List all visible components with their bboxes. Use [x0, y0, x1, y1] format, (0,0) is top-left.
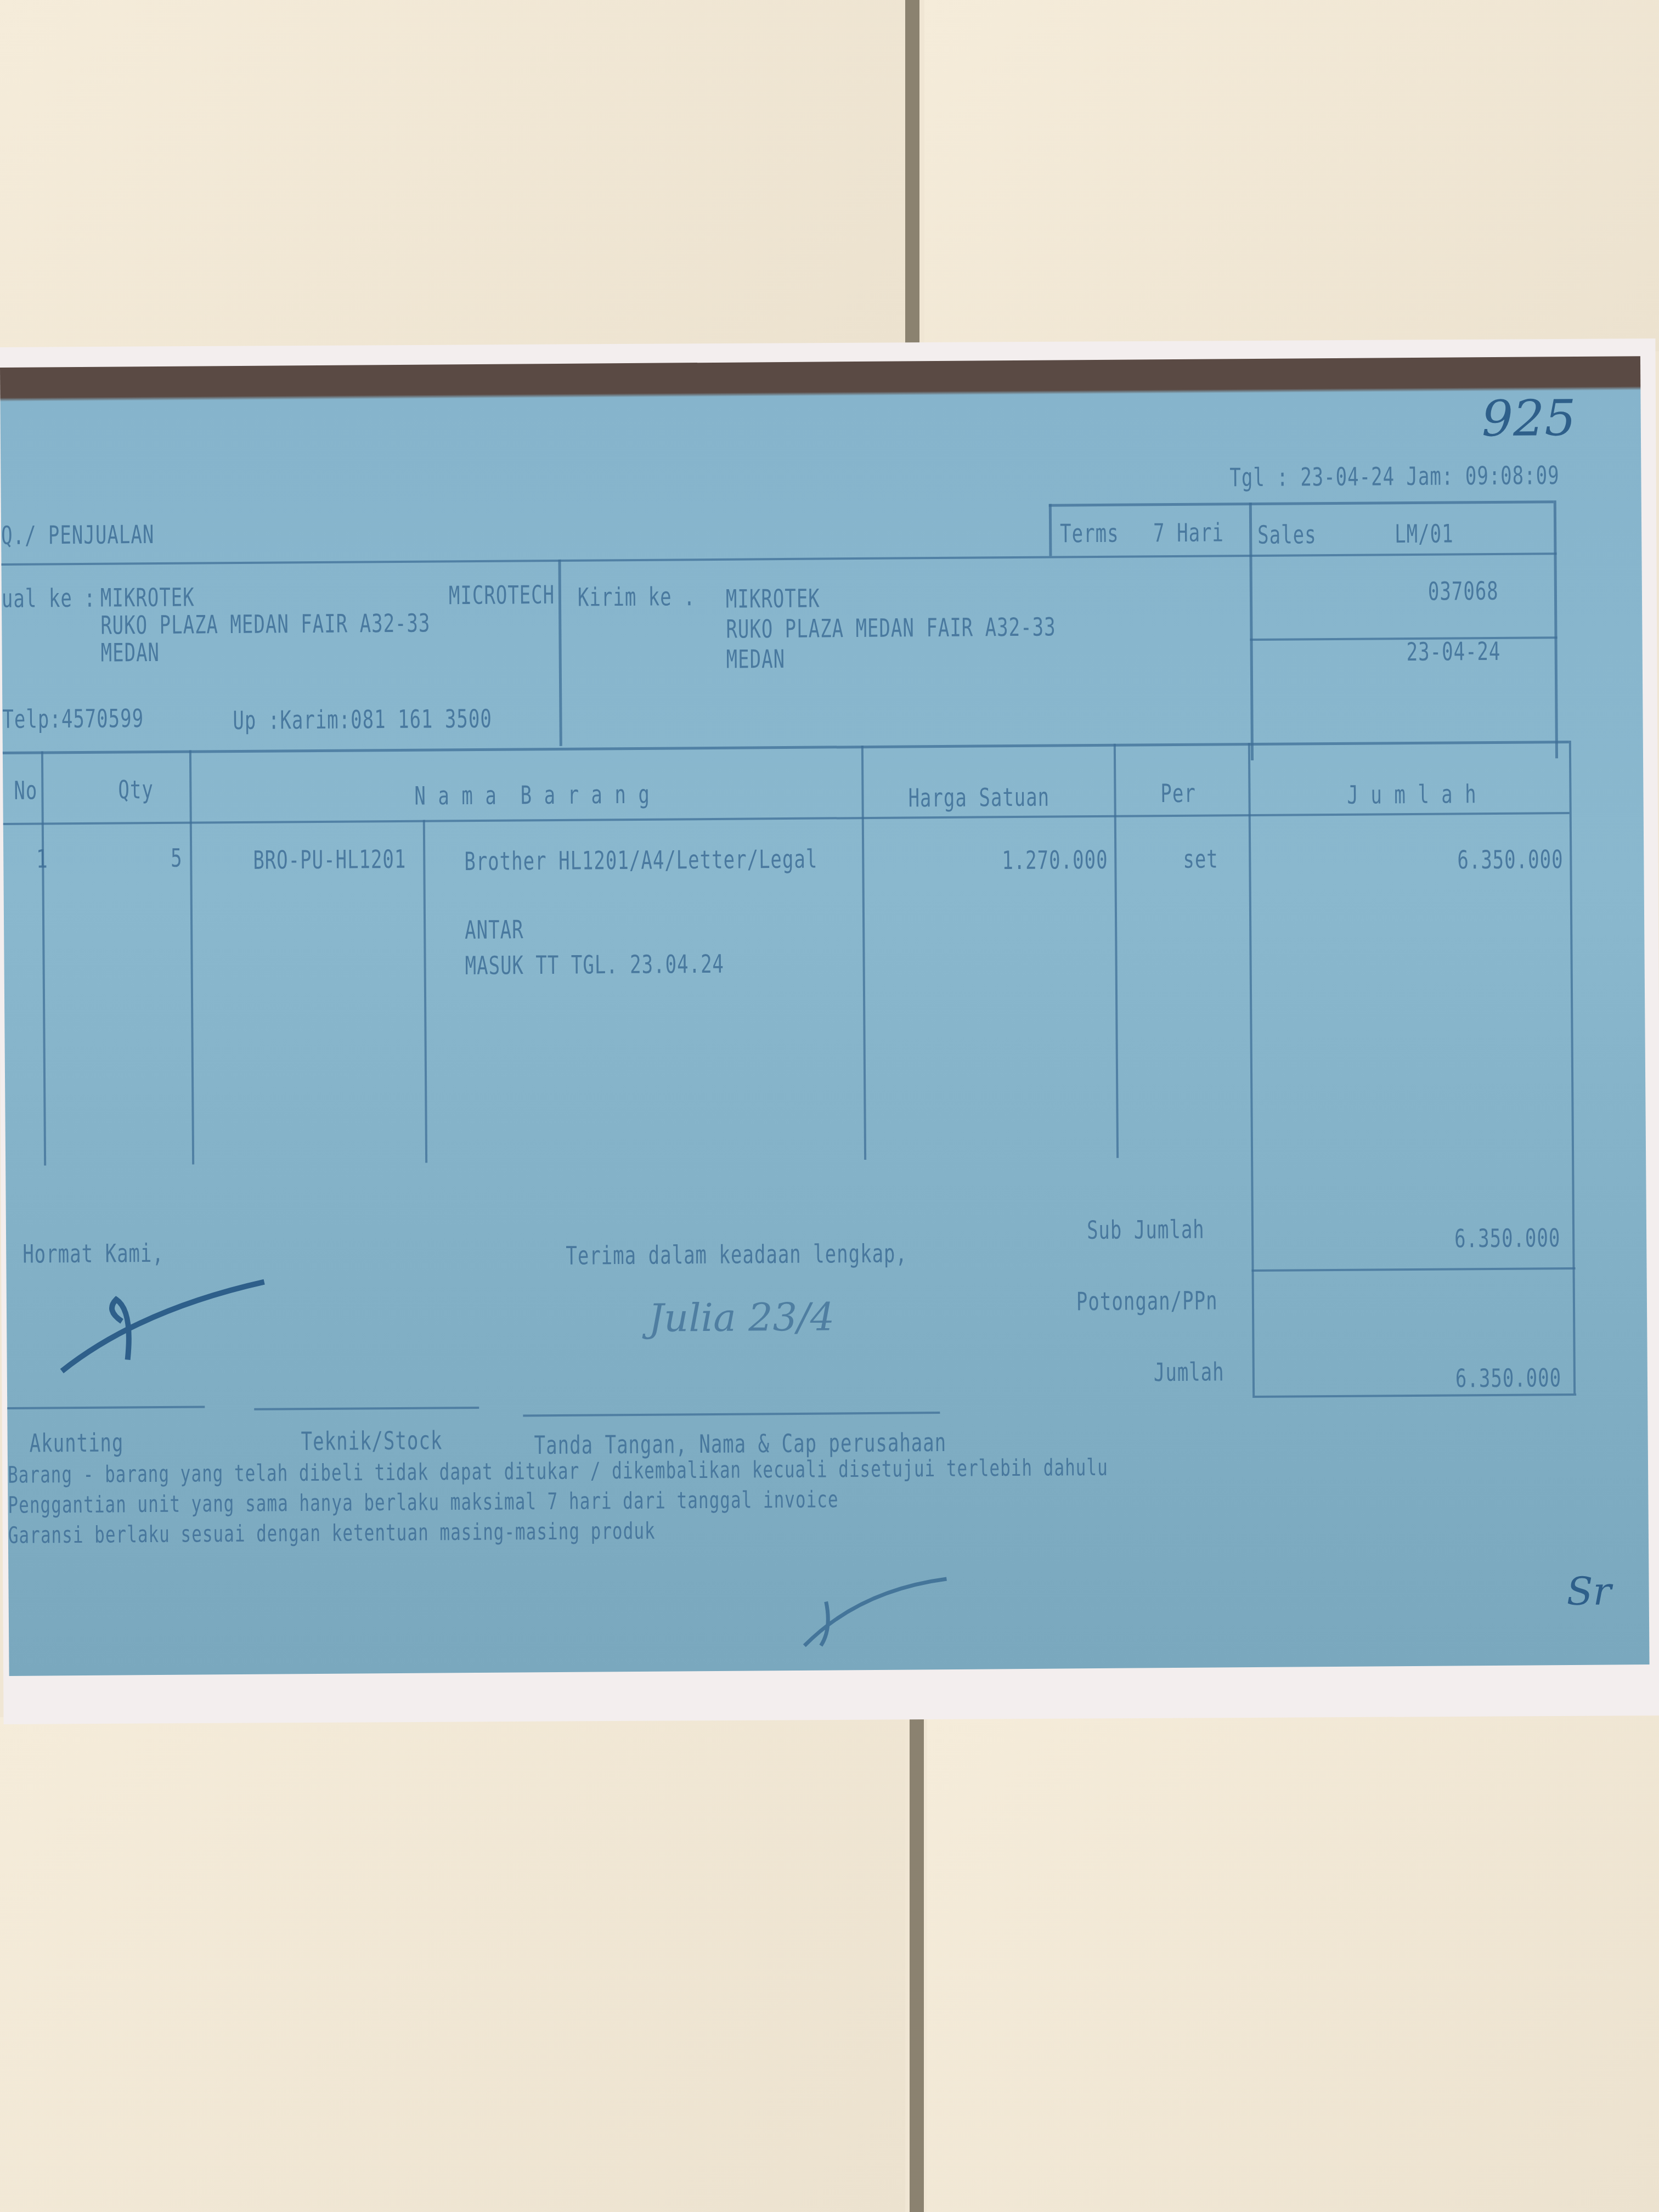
floor-tile — [0, 0, 905, 351]
signature-line — [7, 1406, 205, 1409]
box-line — [1249, 503, 1254, 760]
col-no: No — [14, 776, 37, 806]
invoice-date: 23-04-24 — [1406, 637, 1500, 667]
col-item: N a m a B a r a n g — [414, 780, 650, 811]
box-line — [1049, 500, 1554, 506]
invoice-number: 037068 — [1428, 577, 1499, 607]
ship-to-name: MIKROTEK — [726, 584, 820, 614]
row-amount: 6.350.000 — [1457, 845, 1564, 875]
regards-text: Hormat Kami, — [22, 1239, 164, 1269]
box-line — [1554, 500, 1558, 758]
total-label: Jumlah — [1154, 1357, 1224, 1387]
initials-mark: Sr — [1566, 1569, 1611, 1615]
note-2: MASUK TT TGL. 23.04.24 — [465, 950, 724, 981]
received-text: Terima dalam keadaan lengkap, — [566, 1239, 907, 1271]
stamp-mark — [793, 1568, 958, 1651]
terms-value: 7 Hari — [1153, 518, 1224, 548]
col-amount: J u m l a h — [1347, 780, 1477, 810]
table-border — [1114, 744, 1119, 1158]
bill-to-attn: Up :Karim:081 161 3500 — [233, 704, 492, 736]
sales-label: Sales — [1257, 520, 1317, 550]
table-border — [189, 751, 194, 1165]
discount-label: Potongan/PPn — [1076, 1286, 1218, 1317]
subtotal-label: Sub Jumlah — [1087, 1215, 1205, 1245]
floor-tile — [0, 1717, 905, 2212]
row-per: set — [1183, 845, 1218, 874]
col-per: Per — [1160, 779, 1196, 809]
technical-label: Teknik/Stock — [301, 1426, 442, 1457]
tile-grout — [905, 0, 919, 351]
footer-note: Penggantian unit yang sama hanya berlaku… — [8, 1486, 838, 1519]
bill-to-label: ual ke : — [2, 584, 96, 614]
row-unit-price: 1.270.000 — [1002, 845, 1108, 876]
table-border — [3, 812, 1570, 825]
bill-to-phone: Telp:4570599 — [2, 704, 144, 735]
row-description: Brother HL1201/A4/Letter/Legal — [464, 845, 817, 877]
bill-to-name: MIKROTEK — [100, 583, 195, 613]
accounting-label: Akunting — [30, 1428, 124, 1458]
row-code: BRO-PU-HL1201 — [253, 845, 406, 876]
tile-grout — [910, 1712, 924, 2212]
table-border — [3, 741, 1569, 754]
row-no: 1 — [36, 844, 48, 874]
date-time: Tgl : 23-04-24 Jam: 09:08:09 — [1229, 461, 1560, 493]
invoice-document: 925 Tgl : 23-04-24 Jam: 09:08:09 Q./ PEN… — [0, 356, 1650, 1676]
col-qty: Qty — [118, 775, 154, 805]
signature-mark — [55, 1266, 275, 1377]
total-value: 6.350.000 — [1455, 1363, 1562, 1393]
row-qty: 5 — [171, 844, 183, 873]
box-line — [1, 552, 1556, 566]
signature-line — [254, 1407, 479, 1410]
ship-to-label: Kirim ke . — [578, 582, 696, 612]
table-border — [41, 751, 46, 1165]
totals-line — [1252, 1393, 1576, 1398]
floor-tile — [927, 1717, 1659, 2212]
doc-title: Q./ PENJUALAN — [1, 520, 154, 551]
ship-to-address-1: RUKO PLAZA MEDAN FAIR A32-33 — [726, 613, 1056, 645]
signature-line — [523, 1412, 940, 1417]
sales-value: LM/01 — [1395, 520, 1454, 550]
bill-to-address-1: RUKO PLAZA MEDAN FAIR A32-33 — [100, 609, 431, 641]
subtotal-value: 6.350.000 — [1454, 1223, 1561, 1254]
ship-to-address-2: MEDAN — [726, 645, 786, 675]
note-1: ANTAR — [465, 915, 524, 945]
footer-note: Barang - barang yang telah dibeli tidak … — [8, 1454, 1108, 1489]
table-border — [1569, 741, 1576, 1393]
bill-to-tag: MICROTECH — [449, 580, 555, 611]
table-border — [861, 746, 866, 1160]
col-unit-price: Harga Satuan — [908, 783, 1049, 814]
totals-line — [1252, 1267, 1576, 1272]
footer-note: Garansi berlaku sesuai dengan ketentuan … — [8, 1518, 656, 1549]
receiver-signature: Julia 23/4 — [648, 1294, 835, 1340]
box-line — [1049, 504, 1052, 556]
box-line — [1250, 636, 1558, 641]
box-line — [558, 560, 562, 746]
bill-to-address-2: MEDAN — [100, 638, 160, 668]
floor-tile — [924, 0, 1659, 351]
table-border — [1248, 743, 1255, 1396]
terms-label: Terms — [1060, 519, 1119, 549]
handwritten-number: 925 — [1481, 390, 1576, 448]
table-border — [423, 820, 427, 1163]
